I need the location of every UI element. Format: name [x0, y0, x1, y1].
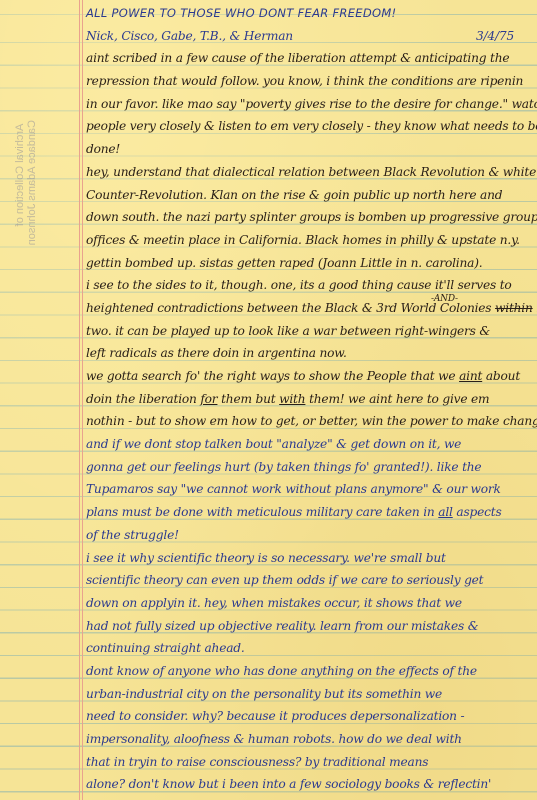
letter-body: ALL POWER TO THOSE WHO DONT FEAR FREEDOM… — [86, 2, 532, 796]
letter-line: scientific theory can even up them odds … — [86, 569, 532, 592]
letter-line: plans must be done with meticulous milit… — [86, 501, 532, 524]
letter-line: doin the liberation for them but with th… — [86, 388, 532, 411]
recipients-line: Nick, Cisco, Gabe, T.B., & Herman 3/4/75 — [86, 25, 532, 48]
letter-title: ALL POWER TO THOSE WHO DONT FEAR FREEDOM… — [86, 2, 532, 25]
letter-line: continuing straight ahead. — [86, 637, 532, 660]
letter-line: dont know of anyone who has done anythin… — [86, 660, 532, 683]
legal-pad-page: Archival Collection of Candace Adams Joh… — [0, 0, 537, 800]
letter-line: offices & meetin place in California. Bl… — [86, 229, 532, 252]
letter-line: down south. the nazi party splinter grou… — [86, 206, 532, 229]
letter-line: down on applyin it. hey, when mistakes o… — [86, 592, 532, 615]
letter-line: had not fully sized up objective reality… — [86, 615, 532, 638]
letter-line: left radicals as there doin in argentina… — [86, 342, 532, 365]
archive-stamp-line1: Archival Collection of — [14, 120, 26, 230]
letter-line: i see to the sides to it, though. one, i… — [86, 274, 532, 297]
letter-line: need to consider. why? because it produc… — [86, 705, 532, 728]
letter-line: nothin - but to show em how to get, or b… — [86, 410, 532, 433]
letter-line: of the struggle! — [86, 524, 532, 547]
margin-line — [82, 0, 83, 800]
letter-line: Counter-Revolution. Klan on the rise & g… — [86, 184, 532, 207]
letter-line: i see it why scientific theory is so nec… — [86, 547, 532, 570]
letter-line: two. it can be played up to look like a … — [86, 320, 532, 343]
letter-line: we gotta search fo' the right ways to sh… — [86, 365, 532, 388]
letter-line: people very closely & listen to em very … — [86, 115, 532, 138]
archive-stamp: Archival Collection of Candace Adams Joh… — [14, 120, 38, 230]
body-lines: aint scribed in a few cause of the liber… — [86, 47, 532, 796]
letter-line: aint scribed in a few cause of the liber… — [86, 47, 532, 70]
letter-line: gonna get our feelings hurt (by taken th… — [86, 456, 532, 479]
letter-line: done! — [86, 138, 532, 161]
letter-line: and if we dont stop talken bout "analyze… — [86, 433, 532, 456]
margin-line — [79, 0, 80, 800]
letter-date: 3/4/75 — [476, 25, 514, 48]
letter-line: gettin bombed up. sistas getten raped (J… — [86, 252, 532, 275]
letter-line: Tupamaros say "we cannot work without pl… — [86, 478, 532, 501]
letter-line: repression that would follow. you know, … — [86, 70, 532, 93]
letter-line: that in tryin to raise consciousness? by… — [86, 751, 532, 774]
letter-line: urban-industrial city on the personality… — [86, 683, 532, 706]
letter-line: alone? don't know but i been into a few … — [86, 773, 532, 796]
insertion-mark: -AND- — [431, 288, 458, 311]
letter-line: impersonality, aloofness & human robots.… — [86, 728, 532, 751]
letter-line: hey, understand that dialectical relatio… — [86, 161, 532, 184]
archive-stamp-line2: Candace Adams Johnson — [26, 120, 38, 230]
letter-line: in our favor. like mao say "poverty give… — [86, 93, 532, 116]
letter-line: heightened contradictions between the Bl… — [86, 297, 532, 320]
recipients: Nick, Cisco, Gabe, T.B., & Herman — [86, 29, 293, 43]
